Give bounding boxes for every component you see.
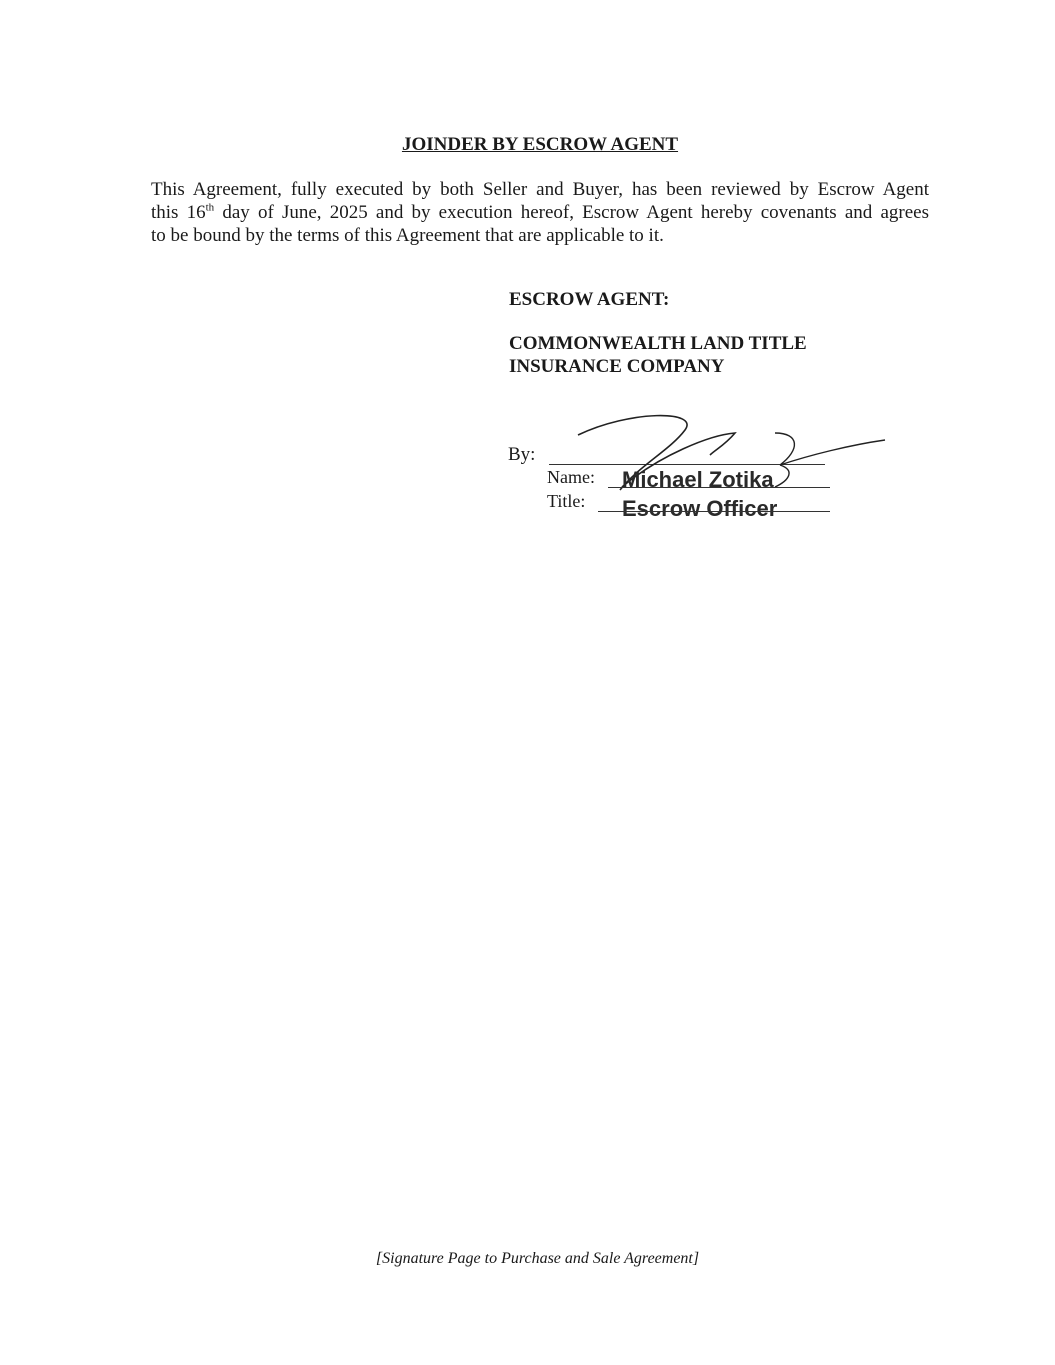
date-day: this 16: [151, 202, 206, 223]
joinder-paragraph: This Agreement, fully executed by both S…: [151, 178, 929, 247]
name-line: [608, 487, 830, 488]
company-name-line-2: INSURANCE COMPANY: [509, 355, 807, 378]
title-label: Title:: [547, 491, 585, 512]
document-heading: JOINDER BY ESCROW AGENT: [0, 134, 1055, 156]
title-value: Escrow Officer: [622, 496, 777, 522]
title-line: [598, 511, 830, 512]
name-label: Name:: [547, 467, 595, 488]
party-label: ESCROW AGENT:: [509, 289, 669, 311]
by-label: By:: [508, 444, 535, 466]
company-name-line-1: COMMONWEALTH LAND TITLE: [509, 332, 807, 355]
paragraph-line-2: this 16th day of June, 2025 and by execu…: [151, 201, 929, 224]
name-value: Michael Zotika: [622, 467, 774, 493]
date-ordinal: th: [206, 202, 215, 214]
paragraph-line-1: This Agreement, fully executed by both S…: [151, 178, 929, 201]
page-footer: [Signature Page to Purchase and Sale Agr…: [0, 1250, 1055, 1268]
paragraph-line-2-text: day of June, 2025 and by execution hereo…: [214, 202, 929, 223]
paragraph-line-3: to be bound by the terms of this Agreeme…: [151, 224, 929, 247]
company-name: COMMONWEALTH LAND TITLE INSURANCE COMPAN…: [509, 332, 807, 378]
